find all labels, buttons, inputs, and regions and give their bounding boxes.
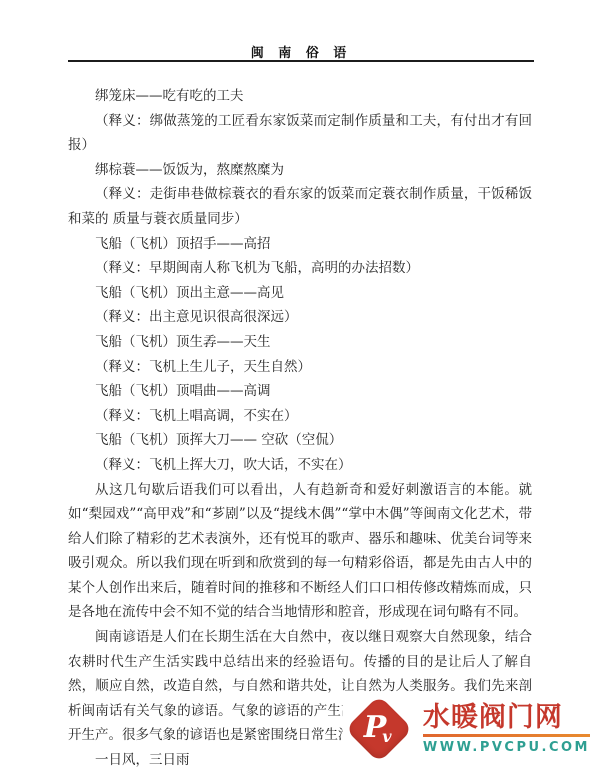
pv-monogram: Pv: [364, 713, 396, 743]
definition-line: （释义：早期闽南人称飞机为飞船，高明的办法招数）: [68, 256, 532, 281]
riddle-line: 飞船（飞机）顶出主意——高见: [68, 281, 532, 306]
watermark-text-block: 水暖阀门网 WWW.PVCPU.COM: [423, 703, 590, 756]
definition-line: （释义：绑做蒸笼的工匠看东家饭菜而定制作质量和工夫，有付出才有回报）: [68, 109, 532, 158]
brand-name: 水暖阀门网: [423, 703, 563, 733]
document-header: 闽 南 俗 语: [68, 42, 534, 62]
body-paragraph: 从这几句歇后语我们可以看出，人有趋新奇和爱好刺激语言的本能。就如“梨园戏”“高甲…: [68, 478, 532, 626]
definition-line: （释义：走街串巷做棕蓑衣的看东家的饭菜而定蓑衣制作质量，干饭稀饭和菜的 质量与蓑…: [68, 182, 532, 231]
riddle-line: 飞船（飞机）顶招手——高招: [68, 232, 532, 257]
definition-line: （释义：飞机上挥大刀，吹大话，不实在）: [68, 453, 532, 478]
riddle-line: 绑棕蓑——饭饭为，熬糜熬糜为: [68, 158, 532, 183]
brand-underline: [423, 734, 590, 737]
definition-line: （释义：飞机上唱高调，不实在）: [68, 404, 532, 429]
riddle-line: 飞船（飞机）顶唱曲——高调: [68, 379, 532, 404]
riddle-line: 飞船（飞机）顶挥大刀—— 空砍（空侃）: [68, 428, 532, 453]
page-title: 闽 南 俗 语: [245, 42, 358, 62]
definition-line: （释义：出主意见识很高很深远）: [68, 305, 532, 330]
watermark-logo: Pv 水暖阀门网 WWW.PVCPU.COM: [343, 693, 592, 765]
riddle-line: 绑笼床——吃有吃的工夫: [68, 84, 532, 109]
pv-diamond-icon: Pv: [345, 695, 413, 763]
riddle-line: 飞船（飞机）顶生孨——天生: [68, 330, 532, 355]
brand-url: WWW.PVCPU.COM: [423, 740, 590, 755]
definition-line: （释义：飞机上生儿子，天生自然）: [68, 355, 532, 380]
document-body: 绑笼床——吃有吃的工夫 （释义：绑做蒸笼的工匠看东家饭菜而定制作质量和工夫，有付…: [68, 84, 532, 771]
document-page: 闽 南 俗 语 绑笼床——吃有吃的工夫 （释义：绑做蒸笼的工匠看东家饭菜而定制作…: [0, 0, 600, 771]
